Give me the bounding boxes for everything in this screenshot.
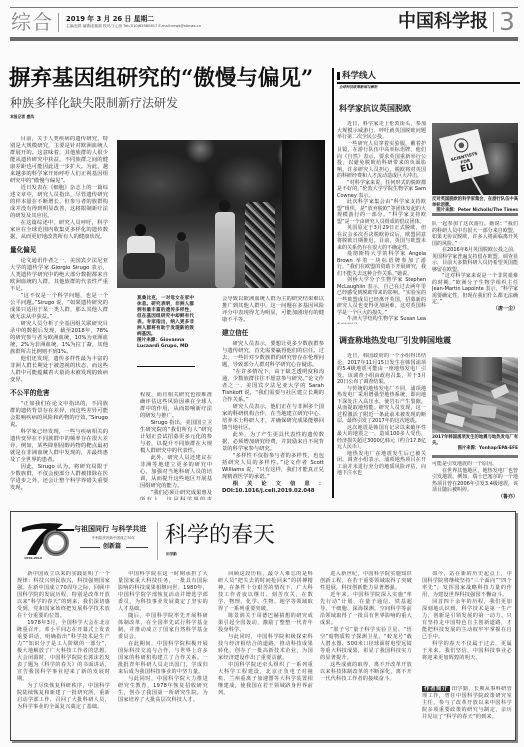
photo-rubble — [471, 403, 496, 418]
caption-text: 莫桑比克，一对母女在家中休息。研究表明，非洲人群拥有最丰富的遗传多样性，但在基因… — [137, 296, 194, 337]
paragraph: 研究人员分析了全基因组关联研究目录中的数据后发现，截至2018年，78%的研究参… — [10, 321, 108, 356]
paragraph: 曼彻斯特大学的科学家 Angela Brown 举着一块标语牌参加了游行。“我们… — [337, 251, 426, 277]
paragraph: 1978年3月，全国科学大会在北京隆重召开。邓小平同志在开幕式上发表重要讲话，明… — [17, 620, 110, 683]
paragraph: “正如我们在论文中指出的，不同族群的遗传背景存在差异，而这些差异可能会影响疾病的… — [10, 401, 108, 429]
photo-foliage-right — [282, 140, 325, 288]
sign-emblem-icon — [453, 137, 470, 154]
staff-line: 主编/赵路 编辑/赵熙熙 校对/王心怡 Tel:(010)62580617 E-… — [66, 24, 201, 29]
paragraph: 因此，Sirugo 认为，将研究局限于少数族群，不仅会使部分人群被排除在医学进步… — [10, 464, 108, 492]
protest-sign: SCIENTISTS FOR EU — [439, 129, 489, 183]
logo-years: 1949-2019 — [24, 556, 42, 560]
paragraph: “这不仅是一个科学问题，也是一个公平问题。”Sirugo 说，“如果遗传研究的成… — [10, 293, 108, 321]
header-divider — [58, 13, 59, 32]
story2-column-b: 可能是引发地震的一个原因。 在世界其他地区，地热发电厂也曾引发地震。例如，瑞士巴… — [432, 461, 518, 499]
series-label: 创新篇 — [103, 543, 121, 551]
anniversary-70-logo: 1949-2019 — [19, 519, 77, 561]
sidebar-tagline: 全球科技政策新闻与解析 — [339, 85, 378, 90]
paragraph: 与此同时，中国科学院大力推进研究生教育，1978年恢复招收研究生，创办了我国第一… — [118, 676, 208, 704]
photo-person-skirt — [123, 253, 165, 279]
paragraph: 与传统的地热发电厂不同，浦项地热发电厂采用增强型地热系统，即向地下深处注入高压水… — [337, 386, 426, 425]
paragraph: “在许多情况下，由于缺乏透明度和沟通，少数族群往往不愿意参与研究。”论文作者之一… — [222, 369, 324, 404]
paragraph: Sirugo 指出，美国国立卫生研究院的“我们所有人”研究计划正尝试招募更多元化… — [140, 420, 212, 455]
paragraph: 队一起参加了这次游行。她说：“我们的科研人员中有很大一部分来自欧盟，如果无协议脱… — [432, 221, 518, 247]
main-photo-caption: 莫桑比克，一对母女在家中休息。研究表明，非洲人群拥有最丰富的遗传多样性，但在基因… — [137, 296, 194, 350]
main-byline: 本报记者 唐凤 — [10, 114, 34, 120]
brexit-photo-caption: 反对英国脱欧的科学家集会，在游行队伍中高举标语牌。 图片来源：Peter Nic… — [432, 197, 518, 214]
paragraph: 在这篇综述中，研究人员呼吁，科学家应在全球范围内收集更多样化的遗传数据，从而更好… — [10, 220, 108, 241]
paragraph: 与此同时，中国科学院积极探索科技与经济相结合的道路，推动科技成果转化，创办了一批… — [218, 634, 313, 662]
feature-title: 科学的春天 — [165, 523, 275, 549]
paragraph: 中国科学院在这一时期承担了大量国家重大科技任务，一批具有国际影响的科技成果相继问… — [118, 571, 208, 613]
author-bio-label: 作者简介 — [422, 686, 450, 692]
paragraph: 程度，而且相关研究也很难准确评估这些风险因素在全球人群中的作用，从而影响新疗法的… — [140, 392, 212, 420]
masthead-divider — [493, 12, 494, 32]
photo-person-shirt — [127, 236, 155, 254]
brexit-protest-photo: SCIENTISTS FOR EU — [432, 123, 518, 195]
feature-column-1: 新中国成立以来的实践证明了一个规律：科技兴则民族兴，科技强则国家强。在新中国成立… — [17, 571, 110, 735]
top-rule — [10, 7, 518, 8]
paragraph: 随后，中国科学院率先开展科研体制改革，在全国率先试行科学基金制，并推动成立了国家… — [118, 613, 208, 641]
paragraph: 牛津大学结构生物学家 Susan Lea 和她的团 — [337, 316, 426, 324]
paper-reference: 相关论文信息：DOI:10.1016/j.cell.2019.02.048 — [222, 481, 324, 495]
photo-rubble — [491, 384, 509, 399]
paragraph: 如今，站在新的历史起点上，中国科学院将继续坚持“三个面向”“四个率先”，发挥国家… — [422, 571, 512, 599]
page-number: 3 — [499, 8, 515, 36]
caption-text: 反对英国脱欧的科学家集会，在游行队伍中高举标语牌。 — [432, 197, 518, 208]
series-rule-left — [80, 547, 100, 548]
newspaper-page: 综合 2019 年 3 月 26 日 星期二 主编/赵路 编辑/赵熙熙 校对/王… — [0, 0, 524, 747]
caption-rule — [137, 366, 195, 367]
paragraph: 这些成就的取得，离不开改革开放以来科技体制改革的不断深化，离不开一代代科技工作者… — [320, 662, 412, 683]
photo-child-head — [177, 232, 186, 241]
paragraph: 论文通讯作者之一、美国宾夕法尼亚大学的遗传学家 Giorgio Sirugo 表… — [10, 258, 108, 293]
photo-rubble — [437, 391, 459, 405]
photo-rubble — [445, 413, 465, 427]
story1-column-b: 队一起参加了这次游行。她说：“我们的科研人员中有很大一部分来自欧盟，如果无协议脱… — [432, 221, 518, 325]
main-subtitle: 种族多样化缺失限制新疗法研发 — [10, 96, 178, 110]
photo-child — [175, 240, 189, 272]
author-signoff: （鲁亦） — [432, 494, 518, 500]
paragraph: “多样性不仅指参与者的多样性，也包括研究人员的多样性。”论文作者 Scott W… — [222, 453, 324, 481]
paragraph: 回首四十余年的历程，我们更加深刻地认识到，科学技术是第一生产力，创新是引领发展的… — [422, 599, 512, 641]
seventy-logo-icon — [19, 519, 77, 557]
photo-bar — [432, 455, 518, 458]
paragraph: 此外，研究人员还建议在非洲等地建立更多的研究中心，加强对当地科研人员的培训，从而… — [140, 455, 212, 490]
photo-credit: 图片来源：Yonhap/EPA-EFE — [432, 446, 518, 452]
paragraph: 回顾这段历程，最令人难忘的是科研人员“把失去的时间抢回来”的拼搏精神。在条件十分… — [218, 571, 313, 613]
paragraph: 新中国成立以来的实践证明了一个规律：科技兴则民族兴，科技强则国家强。在新中国成立… — [17, 571, 110, 620]
paragraph: 地热发电厂在地震发生后已被关闭。调查小组表示，浦项地热项目在开工前并未进行充分的… — [337, 451, 426, 477]
paragraph: 在此期间，中国科学院积极开展国际科技交流与合作，与世界上许多国家的科研机构建立了… — [118, 641, 208, 676]
paragraph: 在世界其他地区，地热发电厂也曾引发地震。例如，瑞士巴塞尔的一个地热项目曾在200… — [432, 468, 518, 494]
sidebar-divider — [332, 68, 334, 498]
author-signoff: （唐一尘） — [432, 306, 518, 313]
main-headline: 摒弃基因组研究的“傲慢与偏见” — [9, 65, 313, 93]
earthquake-damage-photo — [432, 357, 518, 433]
photo-standing-figure — [215, 212, 235, 288]
masthead-logo: 中国科学报 — [398, 11, 488, 33]
paragraph: 近日发表在《细胞》杂志上的一篇综述文章中，研究人员指出，尽管遗传研究的样本量在不… — [10, 185, 108, 220]
paragraph: 在2016年6月英国脱欧公投之前，英国科学家普遍支持留在欧盟。调查显示，目前大多… — [432, 247, 518, 273]
banner-slogan: 与祖国同行 与科学共进 — [74, 525, 146, 534]
banner-subtitle: 中科院庆祝新中国成立70年 — [92, 536, 135, 541]
paragraph: 会导致以欧洲血统人群为主的研究结果难以推广到其他人群中，这一问题在多基因风险评分… — [222, 296, 324, 324]
paragraph: 英国原定于3月29日正式脱欧，但在议会多次否决脱欧协议后，欧盟同意将脱欧日期推迟… — [337, 225, 426, 251]
photo-credit: 图片来源：Giovanna Lucaardi Grupo, MD — [137, 338, 194, 350]
paragraph: 目前，关于人类疾病的遗传研究，特别是大规模研究，主要是针对欧洲血统人群展开的。这… — [10, 136, 108, 185]
story1-headline: 科学家抗议英国脱欧 — [339, 103, 411, 114]
feature-column-2: 中国科学院在这一时期承担了大量国家重大科技任务，一批具有国际影响的科技成果相继问… — [118, 571, 208, 735]
section-marker-icon — [337, 72, 340, 80]
paragraph: 此次科学家集会由“科学家支持欧盟”组织，是“放弃脱欧”等团体发起的大规模游行的一… — [337, 199, 426, 225]
photo-standing-head — [219, 200, 230, 212]
earthquake-photo-caption: 2017年韩国浦项发生的地震与地热发电厂有关。 图片来源：Yonhap/EPA-… — [432, 435, 518, 452]
paragraph: “这对科学家来说是一个非常艰难的时期。”欧洲分子生物学组织主任 Jean-Mar… — [432, 273, 518, 306]
feature-column-3: 回顾这段历程，最令人难忘的是科研人员“把失去的时间抢回来”的拼搏精神。在条件十分… — [218, 571, 313, 735]
subheading: 不公平的危害 — [10, 389, 108, 397]
paragraph: 中国科学院还牵头组织了一系列重大科学工程建设，北京正负电子对撞机、兰州重离子加速… — [218, 662, 313, 697]
section-label: 综合 — [11, 10, 53, 34]
photo-building — [462, 357, 502, 381]
paragraph: 为了尽快恢复科研秩序，中国科学院陆续恢复和新建了一批研究所，重新启动学部工作，召… — [17, 683, 110, 711]
paragraph: 近年来，中国科学院深入实施“率先行动”计划，在量子通信、铁基超导、干细胞、深海探… — [320, 592, 412, 627]
feature-byline: 田学勤 — [166, 552, 177, 557]
paragraph: 科学的春天不仅属于过去，更属于未来。我们坚信，中国科技事业必将迎来更加辉煌的明天… — [422, 641, 512, 662]
subheading: 量化偏见 — [10, 246, 108, 254]
story2-column-a: 近日，韩国政府的一个小组得出结论，2017年11月15日发生在韩国浦项的5.4级… — [337, 353, 426, 498]
main-column-1: 目前，关于人类疾病的遗传研究，特别是大规模研究，主要是针对欧洲血统人群展开的。这… — [10, 136, 108, 500]
banner-rule — [56, 529, 74, 531]
paragraph: 研究人员表示，要想让更多少数族群参与遗传研究，首先需要赢得他们的信任。过去，一些… — [222, 341, 324, 369]
paragraph: 此外，为了产生更具代表性的遗传数据，必须增加研究经费，并鼓励来自不同背景的科学家… — [222, 432, 324, 453]
photo-person-head — [135, 224, 146, 236]
paragraph: 进入新世纪，中国科学院实施知识创新工程，在若干重要领域取得了突破性进展，科技创新… — [320, 571, 412, 592]
paragraph: 近日，韩国政府的一个小组得出结论，2017年11月15日发生在韩国浦项的5.4级… — [337, 353, 426, 386]
story2-headline: 调查称地热发电厂引发韩国地震 — [339, 335, 451, 346]
paragraph: 这次地震是韩国有记录以来破坏性最大的地震之一，造成100多人受伤，经济损失超过3… — [337, 425, 426, 451]
paragraph: “对科学家来说，任何形式的脱欧都是不好的。”伦敦大学学院生物学家 Sam Cow… — [337, 180, 426, 200]
subheading: 建立信任 — [222, 329, 324, 337]
paragraph: 研究人员表示，他们正在与非洲多个国家的科研机构合作，在当地建立研究中心、培养本土… — [222, 404, 324, 432]
paragraph: 剑桥大学分子生物学家 Stephen McLaughlin 表示，自己在过去两年… — [337, 277, 426, 316]
paragraph: 一些研究人员穿着实验服，戴着护目镜，在游行队伍中高举标语牌。他们向《自然》表示，… — [337, 141, 426, 180]
main-photo — [117, 140, 325, 288]
series-rule-right — [126, 547, 148, 548]
main-column-3: 会导致以欧洲血统人群为主的研究结果难以推广到其他人群中，这一问题在多基因风险评分… — [222, 296, 324, 500]
caption-text: 2017年韩国浦项发生的地震与地热发电厂有关。 — [432, 435, 518, 446]
paragraph: 科学家已经发现，一些与疾病相关的遗传变异在不同族群中的频率存在很大差异。例如，某… — [10, 429, 108, 464]
author-bio: 作者简介田学勤，长期从事科研管理工作，曾任中国科学院政策研究室主任，参与了改革开… — [422, 686, 512, 734]
paragraph: “我们必须让研究成果惠及所有人，这是科学界的责任。”Sirugo 说。 — [140, 490, 212, 500]
paragraph: “墨子号”量子科学实验卫星、“悟空”暗物质粒子探测卫星、“蛟龙号”载人潜水器、5… — [320, 627, 412, 662]
photo-bar — [432, 213, 518, 216]
feature-column-4: 进入新世纪，中国科学院实施知识创新工程，在若干重要领域取得了突破性进展，科技创新… — [320, 571, 412, 735]
feature-divider — [157, 522, 158, 560]
paragraph: 近日，科学家走上伦敦街头，参加大规模示威游行，呼吁就英国脱欧问题举行第二次全民公… — [337, 121, 426, 141]
sidebar-section-title: 科学线人 — [342, 71, 376, 81]
header-bar — [10, 37, 518, 41]
issue-date: 2019 年 3 月 26 日 星期二 — [66, 13, 154, 23]
story1-column-a: 近日，科学家走上伦敦街头，参加大规模示威游行，呼吁就英国脱欧问题举行第二次全民公… — [337, 121, 426, 324]
paragraph: 他们还发现，遗传多样性最为丰富的非洲人群长期处于被忽视的状态，而这些人群中可能蕴… — [10, 356, 108, 384]
photo-wrapped-figure — [245, 202, 275, 288]
main-column-2: 程度，而且相关研究也很难准确评估这些风险因素在全球人群中的作用，从而影响新疗法的… — [140, 392, 212, 500]
paragraph: 陈景润关于哥德巴赫猜想的研究成果引起全国轰动，激励了整整一代青年投身科学。 — [218, 613, 313, 634]
sidebar-title-rule — [337, 82, 520, 84]
feature-column-5: 如今，站在新的历史起点上，中国科学院将继续坚持“三个面向”“四个率先”，发挥国家… — [422, 571, 512, 683]
